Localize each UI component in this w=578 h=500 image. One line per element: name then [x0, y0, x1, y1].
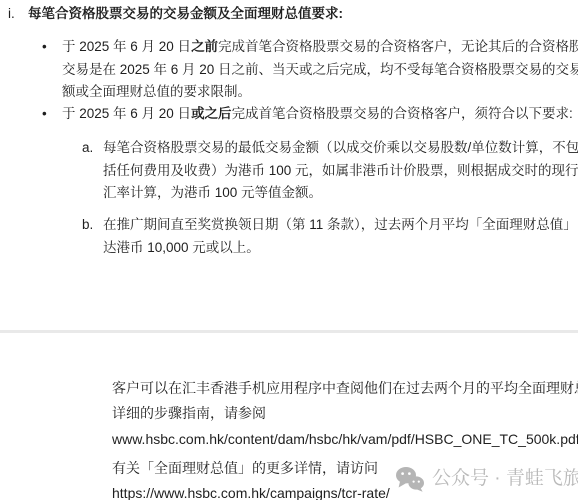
sub-item-b-text: 在推广期间直至奖赏换领日期（第 11 条款），过去两个月平均「全面理财总值」达港…	[103, 214, 577, 259]
bullet-icon: •	[42, 36, 62, 59]
section-heading: i. 每笔合资格股票交易的交易金额及全面理财总值要求:	[8, 4, 343, 23]
section-title: 每笔合资格股票交易的交易金额及全面理财总值要求:	[28, 4, 343, 23]
sub-item-a-text: 每笔合资格股票交易的最低交易金额（以成交价乘以交易股数/单位数计算，不包括任何费…	[103, 137, 578, 205]
footer-note-tcr-check: 客户可以在汇丰香港手机应用程序中查阅他们在过去两个月的平均全面理财总值。详细的步…	[112, 376, 578, 452]
sub-item-b-marker: b.	[82, 214, 103, 237]
bullet-item-before-date: • 于 2025 年 6 月 20 日之前完成首笔合资格股票交易的合资格客户，无…	[42, 36, 578, 104]
footer-note-tcr-details: 有关「全面理财总值」的更多详情，请访问https://www.hsbc.com.…	[112, 456, 390, 500]
watermark: 公众号 · 青蛙飞旅	[396, 466, 578, 492]
sub-item-a: a. 每笔合资格股票交易的最低交易金额（以成交价乘以交易股数/单位数计算，不包括…	[82, 137, 578, 205]
bullet-text: 于 2025 年 6 月 20 日或之后完成首笔合资格股票交易的合资格客户，须符…	[62, 103, 573, 126]
sub-item-b: b. 在推广期间直至奖赏换领日期（第 11 条款），过去两个月平均「全面理财总值…	[82, 214, 577, 259]
terms-document-page: i. 每笔合资格股票交易的交易金额及全面理财总值要求: • 于 2025 年 6…	[0, 0, 578, 500]
sub-item-a-marker: a.	[82, 137, 103, 160]
section-divider	[0, 330, 578, 333]
bullet-item-on-or-after-date: • 于 2025 年 6 月 20 日或之后完成首笔合资格股票交易的合资格客户，…	[42, 103, 573, 126]
bullet-text: 于 2025 年 6 月 20 日之前完成首笔合资格股票交易的合资格客户，无论其…	[62, 36, 578, 104]
watermark-text: 公众号 · 青蛙飞旅	[432, 466, 578, 492]
wechat-icon	[396, 467, 424, 492]
section-index: i.	[8, 4, 28, 23]
bullet-icon: •	[42, 103, 62, 126]
